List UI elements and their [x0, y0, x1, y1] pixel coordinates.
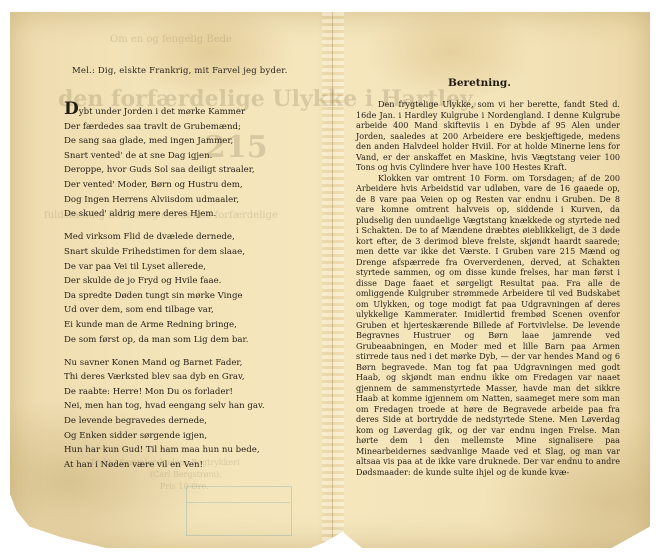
- poem-line: De raabte: Herre! Mon Du os forlader!: [64, 385, 314, 400]
- poem-line: De var paa Vei til Lyset allerede,: [64, 260, 314, 275]
- poem-line: Nei, men han tog, hvad eengang selv han …: [64, 399, 314, 414]
- poem-line: Med virksom Flid de dvælede dernede,: [64, 230, 314, 245]
- poem-line: Der færdedes saa travlt de Grubemænd;: [64, 120, 314, 135]
- poem-stanza-3: Nu savner Konen Mand og Barnet Fader, Th…: [64, 356, 314, 473]
- poem-line: At han i Nøden være vil en Ven!: [64, 458, 314, 473]
- poem-line: Thi deres Værksted blev saa dyb en Grav,: [64, 370, 314, 385]
- poem-line: Snart skulde Frihedstimen for dem slaae,: [64, 245, 314, 260]
- report-title: Beretning.: [448, 77, 511, 89]
- poem-line: Dog Ingen Herrens Alviisdom udmaaler,: [64, 193, 314, 208]
- poem-line: Deroppe, hvor Guds Sol saa deiligt straa…: [64, 163, 314, 178]
- melody-line: Mel.: Dig, elskte Frankrig, mit Farvel j…: [72, 66, 288, 76]
- poem-line: De levende begravedes dernede,: [64, 414, 314, 429]
- poem-line: Da spredte Døden tungt sin mørke Vinge: [64, 289, 314, 304]
- poem-line: Snart vented' de at sne Dag igjen.: [64, 149, 314, 164]
- faded-stamp: [186, 486, 292, 536]
- faded-stamp-divider: [186, 502, 290, 503]
- poem-line: Ei kunde man de Arme Redning bringe,: [64, 318, 314, 333]
- poem-stanza-1: Dybt under Jorden i det mørke Kammer Der…: [64, 104, 314, 222]
- poem-line: Der skulde de jo Fryd og Hvile faae.: [64, 274, 314, 289]
- poem-line: De skued' aldrig mere deres Hjem.: [64, 207, 314, 222]
- poem-line: De sang saa glade, med ingen Jammer,: [64, 134, 314, 149]
- poem-stanza-2: Med virksom Flid de dvælede dernede, Sna…: [64, 230, 314, 347]
- poem-line: De som først op, da man som Lig dem bar.: [64, 333, 314, 348]
- report-paragraph-1: Den frygtelige Ulykke, som vi her berett…: [356, 99, 620, 173]
- report-paragraph-2: Klokken var omtrent 10 Form. om Torsdage…: [356, 173, 620, 478]
- poem-line: Dybt under Jorden i det mørke Kammer: [64, 104, 314, 120]
- bleed-through-header: Om en og fengelig Bede: [110, 34, 232, 45]
- poem-line: Og Enken sidder sørgende igjen,: [64, 429, 314, 444]
- drop-cap: D: [64, 99, 79, 119]
- poem: Dybt under Jorden i det mørke Kammer Der…: [64, 104, 314, 481]
- poem-line: Der vented' Moder, Børn og Hustru dem,: [64, 178, 314, 193]
- report-body: Den frygtelige Ulykke, som vi her berett…: [356, 99, 620, 477]
- poem-line: Ud over dem, som end tilbage var,: [64, 303, 314, 318]
- poem-line: Nu savner Konen Mand og Barnet Fader,: [64, 356, 314, 371]
- poem-line: Hun har kun Gud! Til ham maa hun nu bede…: [64, 443, 314, 458]
